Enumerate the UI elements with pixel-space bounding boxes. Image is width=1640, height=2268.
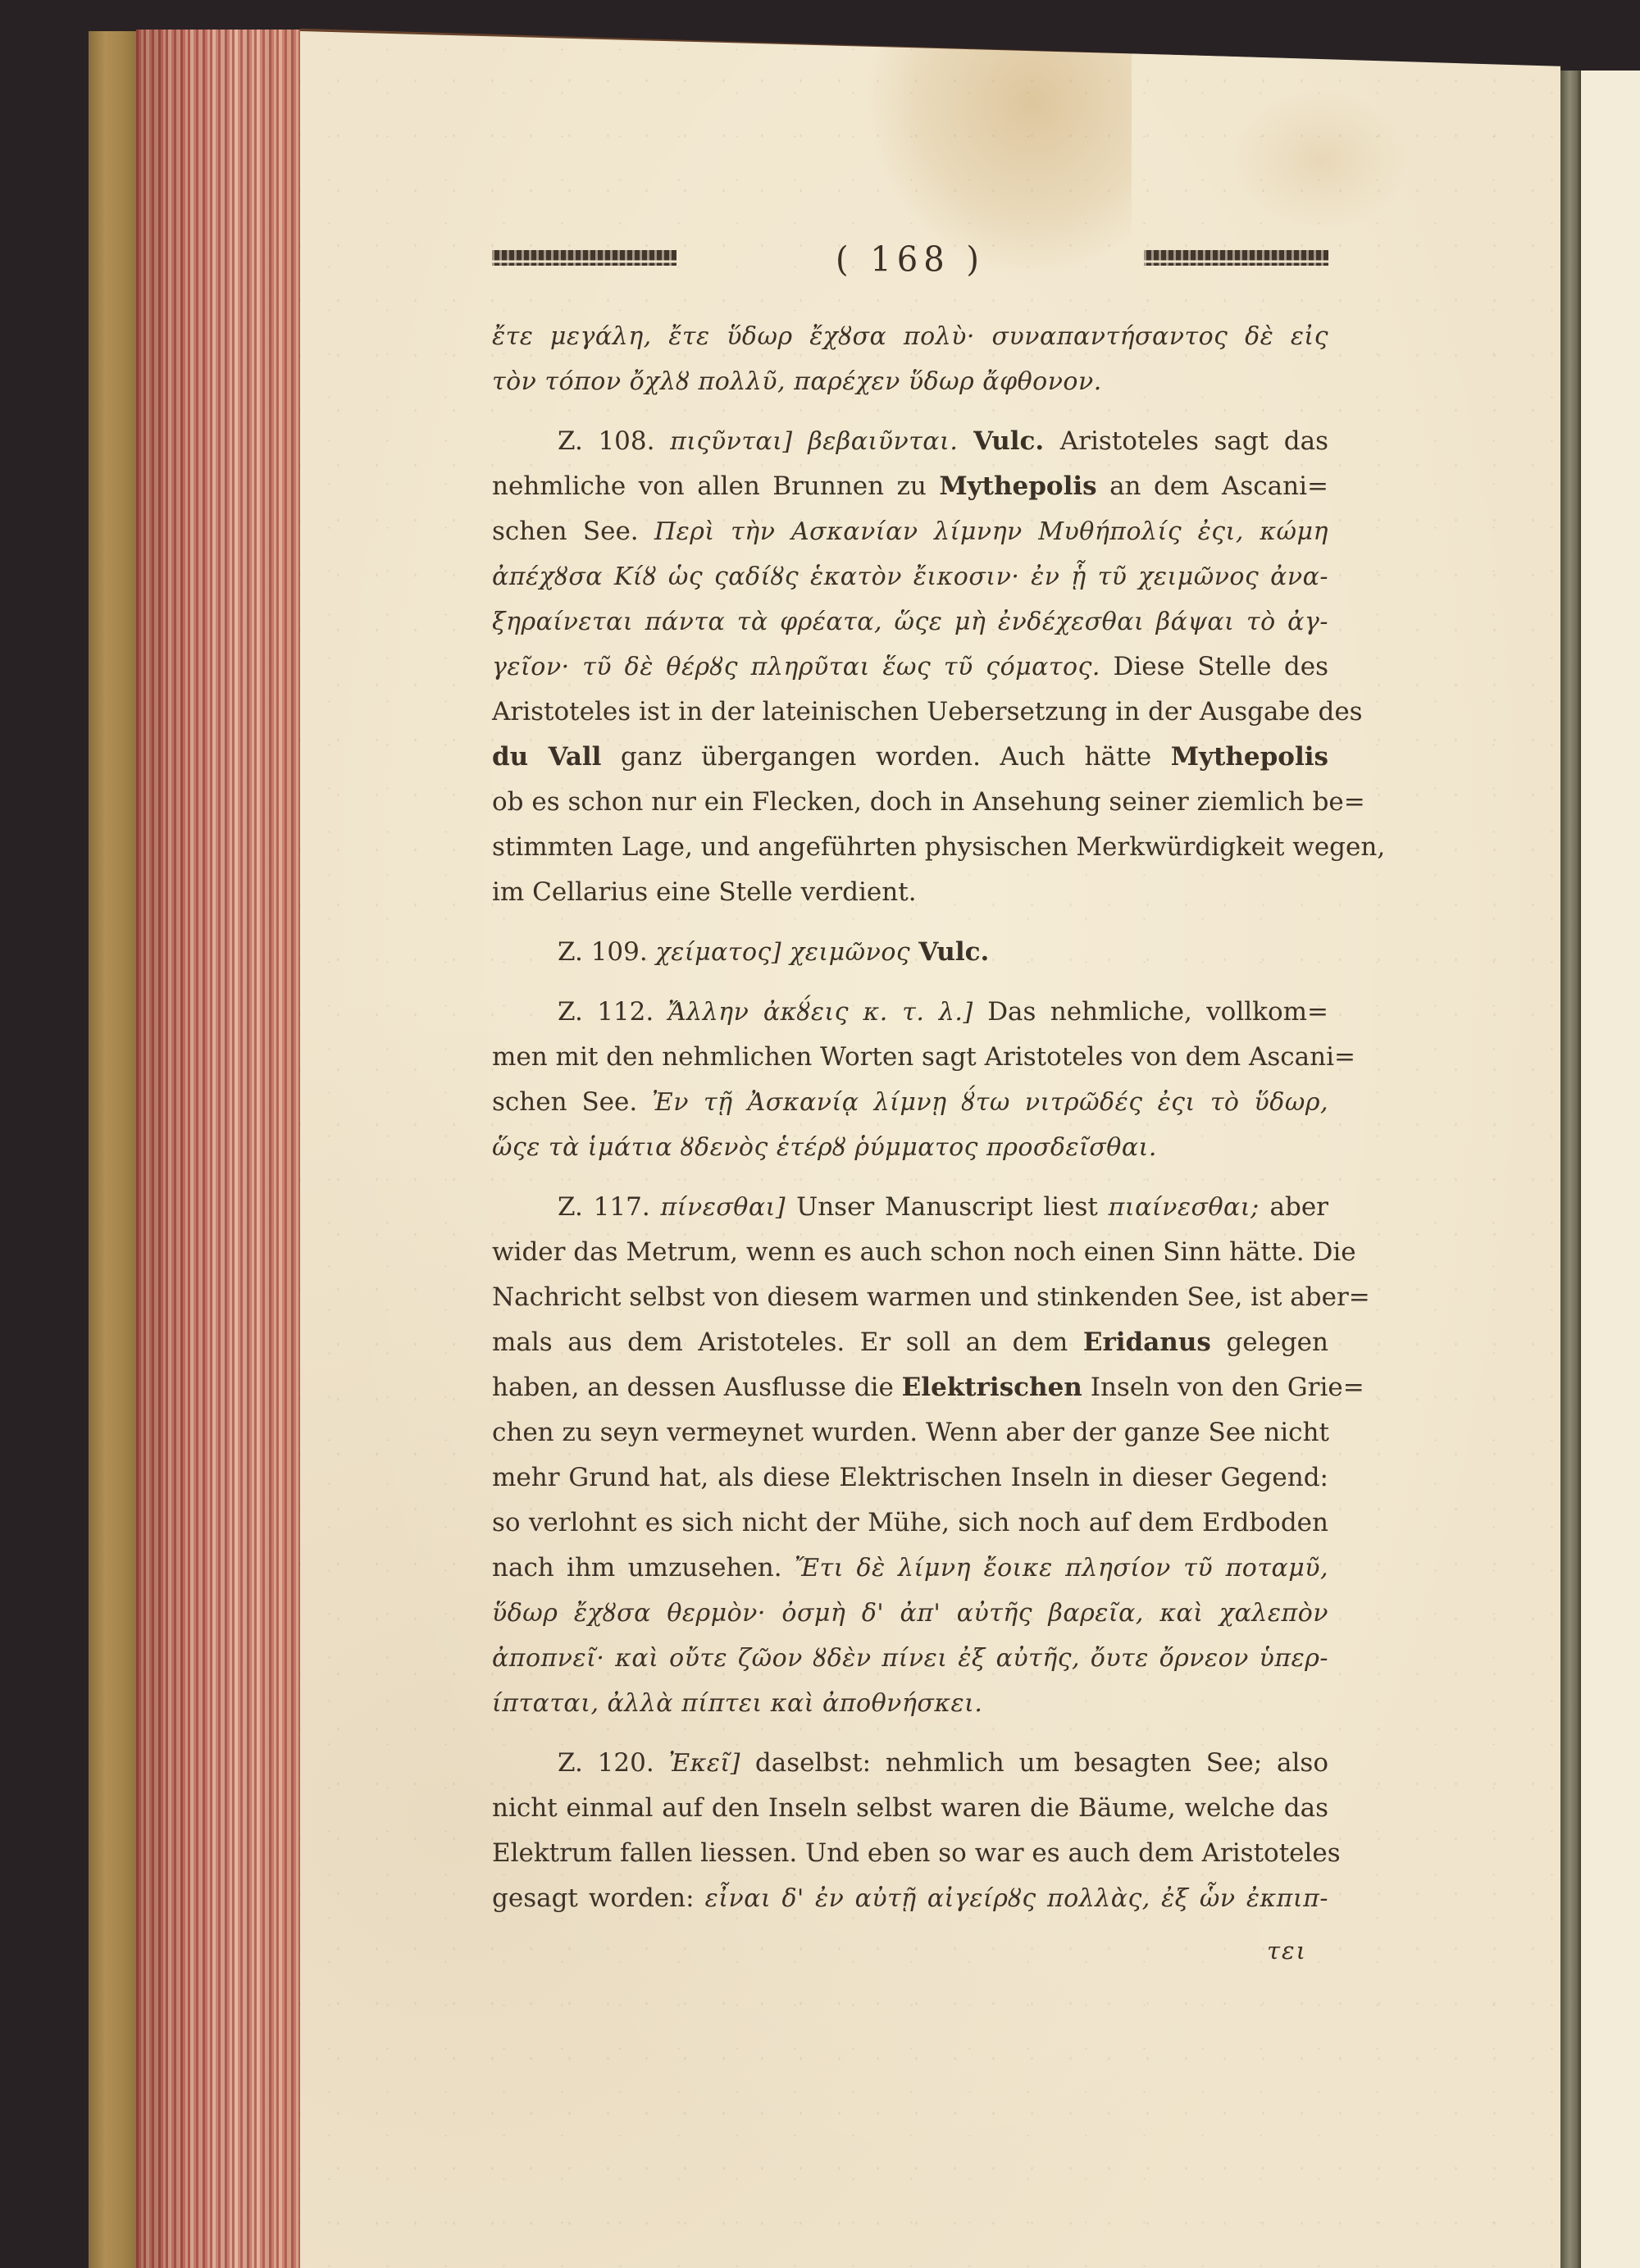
- german-text: Z. 120.: [558, 1748, 669, 1778]
- text-line: gesagt worden: εἶναι δ' ἐν αὐτῇ αἰγείρȣς…: [492, 1876, 1328, 1921]
- german-text: so verlohnt es sich nicht der Mühe, sich…: [492, 1508, 1328, 1537]
- fore-edge-pages: [136, 30, 300, 2268]
- text-line: Z. 112. Ἄλλην ἀκȣ́εις κ. τ. λ.] Das nehm…: [492, 990, 1328, 1035]
- text-line: Aristoteles ist in der lateinischen Uebe…: [492, 690, 1328, 735]
- emphasized-text: Vulc.: [918, 937, 989, 967]
- german-text: Z. 112.: [558, 997, 668, 1027]
- emphasized-text: Vulc.: [973, 426, 1060, 456]
- greek-text: Ἐκεῖ]: [669, 1749, 755, 1778]
- text-line: ἔτε μεγάλη, ἔτε ὕδωρ ἔχȣσα πολὺ· συναπαν…: [492, 314, 1328, 359]
- greek-text: ἀπέχȣσα Κίȣ ὡς ςαδίȣς ἑκατὸν ἔικοσιν· ἐν…: [492, 562, 1328, 591]
- greek-text: πιςῦνται] βεβαιῦνται.: [670, 427, 973, 456]
- greek-text: εἶναι δ' ἐν αὐτῇ αἰγείρȣς πολλὰς, ἐξ ὧν …: [705, 1884, 1328, 1913]
- emphasized-text: Mythepolis: [1171, 742, 1328, 772]
- ornament-rule-right: [1144, 250, 1328, 270]
- german-text: mehr Grund hat, als diese Elektrischen I…: [492, 1463, 1328, 1492]
- text-line: Z. 108. πιςῦνται] βεβαιῦνται. Vulc. Aris…: [492, 419, 1328, 464]
- text-line: ἀποπνεῖ· καὶ οὔτε ζῶον ȣδὲν πίνει ἐξ αὐτ…: [492, 1636, 1328, 1681]
- german-text: chen zu seyn vermeynet wurden. Wenn aber…: [492, 1418, 1329, 1447]
- text-line: schen See. Ἐν τῇ Ἀσκανίᾳ λίμνῃ ȣ́τω νιτρ…: [492, 1080, 1328, 1125]
- german-text: Das nehmliche, vollkom=: [987, 997, 1328, 1027]
- greek-text: πιαίνεσθαι;: [1109, 1193, 1260, 1222]
- german-text: schen See.: [492, 517, 654, 546]
- german-text: Unser Manuscript liest: [796, 1192, 1109, 1222]
- page-header: ( 168 ): [492, 241, 1328, 279]
- greek-text: Ἄλλην ἀκȣ́εις κ. τ. λ.]: [668, 998, 988, 1027]
- german-text: nicht einmal auf den Inseln selbst waren…: [492, 1793, 1328, 1823]
- text-line: ob es schon nur ein Flecken, doch in Ans…: [492, 780, 1328, 825]
- paper-stain: [869, 28, 1132, 274]
- german-text: ganz übergangen worden. Auch hätte: [601, 742, 1170, 772]
- german-text: Diese Stelle des: [1114, 652, 1329, 681]
- german-text: schen See.: [492, 1087, 652, 1117]
- german-text: men mit den nehmlichen Worten sagt Arist…: [492, 1042, 1355, 1072]
- german-text: nach ihm umzusehen.: [492, 1553, 795, 1583]
- german-text: daselbst: nehmlich um besagten See; also: [755, 1748, 1328, 1778]
- text-line: mehr Grund hat, als diese Elektrischen I…: [492, 1455, 1328, 1501]
- german-text: Aristoteles ist in der lateinischen Uebe…: [492, 697, 1363, 726]
- greek-text: ίπταται, ἀλλὰ πίπτει καὶ ἀποθνήσκει.: [492, 1689, 982, 1718]
- greek-text: Ἐν τῇ Ἀσκανίᾳ λίμνῃ ȣ́τω νιτρῶδές ἐςι τὸ…: [652, 1088, 1328, 1117]
- catchword: τει: [1267, 1937, 1307, 1965]
- text-line: nicht einmal auf den Inseln selbst waren…: [492, 1786, 1328, 1831]
- text-line: men mit den nehmlichen Worten sagt Arist…: [492, 1035, 1328, 1080]
- greek-text: τὸν τόπον ὄχλȣ πολλῦ, παρέχεν ὕδωρ ἄφθον…: [492, 367, 1102, 396]
- greek-text: χείματος] χειμῶνος: [656, 938, 919, 967]
- german-text: gesagt worden:: [492, 1883, 705, 1913]
- emphasized-text: Elektrischen: [902, 1373, 1082, 1402]
- german-text: gelegen: [1211, 1328, 1328, 1357]
- greek-text: πίνεσθαι]: [661, 1193, 797, 1222]
- german-text: ob es schon nur ein Flecken, doch in Ans…: [492, 787, 1365, 817]
- text-line: mals aus dem Aristoteles. Er soll an dem…: [492, 1320, 1328, 1365]
- german-text: Nachricht selbst von diesem warmen und s…: [492, 1282, 1370, 1312]
- text-line: nach ihm umzusehen. Ἔτι δὲ λίμνη ἔοικε π…: [492, 1546, 1328, 1591]
- book-photo: { "page": { "header": { "number_display"…: [0, 0, 1640, 2268]
- text-line: Z. 109. χείματος] χειμῶνος Vulc.: [492, 930, 1328, 975]
- gutter-shadow: [1560, 71, 1581, 2268]
- greek-text: γεῖον· τῦ δὲ θέρȣς πληρῦται ἕως τῦ ςόματ…: [492, 653, 1114, 681]
- german-text: Z. 108.: [558, 426, 670, 456]
- german-text: Elektrum fallen liessen. Und eben so war…: [492, 1838, 1341, 1868]
- emphasized-text: Eridanus: [1083, 1328, 1211, 1357]
- greek-text: ὥςε τὰ ἱμάτια ȣδενὸς ἑτέρȣ ῥύμματος προσ…: [492, 1133, 1157, 1162]
- text-line: so verlohnt es sich nicht der Mühe, sich…: [492, 1501, 1328, 1546]
- text-line: nehmliche von allen Brunnen zu Mythepoli…: [492, 464, 1328, 509]
- text-line: τὸν τόπον ὄχλȣ πολλῦ, παρέχεν ὕδωρ ἄφθον…: [492, 359, 1328, 404]
- text-line: du Vall ganz übergangen worden. Auch hät…: [492, 735, 1328, 780]
- german-text: Z. 109.: [558, 937, 656, 967]
- text-line: ὕδωρ ἔχȣσα θερμὸν· ὀσμὴ δ' ἀπ' αὐτῆς βαρ…: [492, 1591, 1328, 1636]
- greek-text: ξηραίνεται πάντα τὰ φρέατα, ὥςε μὴ ἐνδέχ…: [492, 608, 1328, 636]
- german-text: Z. 117.: [558, 1192, 661, 1222]
- ornament-rule-left: [492, 250, 676, 270]
- text-line: Elektrum fallen liessen. Und eben so war…: [492, 1831, 1328, 1876]
- text-line: ίπταται, ἀλλὰ πίπτει καὶ ἀποθνήσκει.: [492, 1681, 1328, 1726]
- text-line: γεῖον· τῦ δὲ θέρȣς πληρῦται ἕως τῦ ςόματ…: [492, 644, 1328, 690]
- german-text: wider das Metrum, wenn es auch schon noc…: [492, 1237, 1356, 1267]
- text-line: Nachricht selbst von diesem warmen und s…: [492, 1275, 1328, 1320]
- german-text: Inseln von den Grie=: [1082, 1373, 1364, 1402]
- german-text: im Cellarius eine Stelle verdient.: [492, 877, 917, 907]
- board-edge: [89, 31, 136, 2268]
- text-line: stimmten Lage, und angeführten physische…: [492, 825, 1328, 870]
- text-line: im Cellarius eine Stelle verdient.: [492, 870, 1328, 915]
- text-line: haben, an dessen Ausflusse die Elektrisc…: [492, 1365, 1328, 1410]
- greek-text: Περὶ τὴν Ασκανίαν λίμνην Μυθήπολίς ἐςι, …: [654, 517, 1328, 546]
- next-page-sliver: [1581, 71, 1640, 2268]
- text-block: ἔτε μεγάλη, ἔτε ὕδωρ ἔχȣσα πολὺ· συναπαν…: [492, 314, 1328, 1921]
- text-line: schen See. Περὶ τὴν Ασκανίαν λίμνην Μυθή…: [492, 509, 1328, 554]
- german-text: Aristoteles sagt das: [1060, 426, 1328, 456]
- text-line: Z. 117. πίνεσθαι] Unser Manuscript liest…: [492, 1185, 1328, 1230]
- paper-stain: [1230, 90, 1410, 230]
- german-text: haben, an dessen Ausflusse die: [492, 1373, 902, 1402]
- greek-text: ἔτε μεγάλη, ἔτε ὕδωρ ἔχȣσα πολὺ· συναπαν…: [492, 322, 1328, 351]
- greek-text: ἀποπνεῖ· καὶ οὔτε ζῶον ȣδὲν πίνει ἐξ αὐτ…: [492, 1644, 1328, 1673]
- greek-text: Ἔτι δὲ λίμνη ἔοικε πλησίον τῦ ποταμῦ,: [795, 1554, 1328, 1583]
- german-text: mals aus dem Aristoteles. Er soll an dem: [492, 1328, 1083, 1357]
- page-number: ( 168 ): [836, 240, 985, 280]
- text-line: ἀπέχȣσα Κίȣ ὡς ςαδίȣς ἑκατὸν ἔικοσιν· ἐν…: [492, 554, 1328, 599]
- text-line: ὥςε τὰ ἱμάτια ȣδενὸς ἑτέρȣ ῥύμματος προσ…: [492, 1125, 1328, 1170]
- emphasized-text: Mythepolis: [939, 471, 1096, 501]
- emphasized-text: du Vall: [492, 742, 601, 772]
- greek-text: ὕδωρ ἔχȣσα θερμὸν· ὀσμὴ δ' ἀπ' αὐτῆς βαρ…: [492, 1599, 1328, 1628]
- german-text: stimmten Lage, und angeführten physische…: [492, 832, 1385, 862]
- text-line: ξηραίνεται πάντα τὰ φρέατα, ὥςε μὴ ἐνδέχ…: [492, 599, 1328, 644]
- text-line: Z. 120. Ἐκεῖ] daselbst: nehmlich um besa…: [492, 1741, 1328, 1786]
- text-line: wider das Metrum, wenn es auch schon noc…: [492, 1230, 1328, 1275]
- german-text: an dem Ascani=: [1097, 471, 1328, 501]
- german-text: aber: [1260, 1192, 1328, 1222]
- german-text: nehmliche von allen Brunnen zu: [492, 471, 939, 501]
- text-line: chen zu seyn vermeynet wurden. Wenn aber…: [492, 1410, 1328, 1455]
